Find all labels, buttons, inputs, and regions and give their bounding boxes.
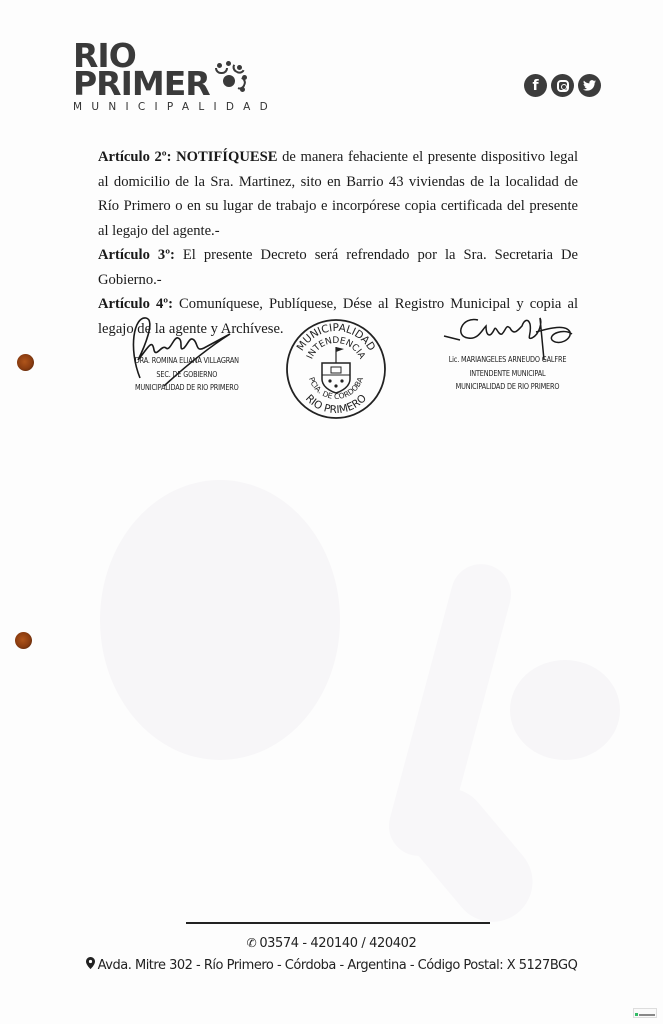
- social-links: f: [524, 74, 601, 97]
- municipality-logo: RIO PRIMER MUNICIPALIDAD: [73, 42, 277, 113]
- location-pin-icon: [86, 957, 95, 972]
- signer-name: DRA. ROMINA ELIANA VILLAGRAN: [118, 354, 256, 368]
- signature-block-right: Lic. MARIANGELES ARNEUDO GALFRE INTENDEN…: [443, 353, 572, 394]
- watermark-circle-small: [510, 660, 620, 760]
- scanner-badge: [633, 1008, 657, 1018]
- signature-block-left: DRA. ROMINA ELIANA VILLAGRAN SEC. DE GOB…: [118, 354, 256, 395]
- signer-org: MUNICIPALIDAD DE RIO PRIMERO: [443, 380, 572, 394]
- footer-divider: [186, 922, 490, 924]
- punch-hole: [17, 354, 34, 371]
- footer-address: Avda. Mitre 302 - Río Primero - Córdoba …: [0, 957, 663, 973]
- official-seal: MUNICIPALIDAD INTENDENCIA RIO PRIMERO PC…: [284, 317, 388, 421]
- signer-role: SEC. DE GOBIERNO: [118, 368, 256, 382]
- punch-hole: [15, 632, 32, 649]
- article-2: Artículo 2º: NOTIFÍQUESE de manera fehac…: [98, 145, 578, 243]
- footer-phone: ✆03574 - 420140 / 420402: [0, 936, 663, 951]
- sun-people-icon: [212, 61, 248, 97]
- twitter-icon[interactable]: [578, 74, 601, 97]
- phone-icon: ✆: [247, 936, 257, 950]
- logo-line2: PRIMER: [73, 70, 210, 97]
- signer-name: Lic. MARIANGELES ARNEUDO GALFRE: [443, 353, 572, 367]
- logo-subtitle: MUNICIPALIDAD: [73, 101, 277, 113]
- article-3: Artículo 3º: El presente Decreto será re…: [98, 243, 578, 292]
- watermark-circle: [100, 480, 340, 760]
- signer-role: INTENDENTE MUNICIPAL: [443, 367, 572, 381]
- signer-org: MUNICIPALIDAD DE RIO PRIMERO: [118, 381, 256, 395]
- instagram-icon[interactable]: [551, 74, 574, 97]
- facebook-icon[interactable]: f: [524, 74, 547, 97]
